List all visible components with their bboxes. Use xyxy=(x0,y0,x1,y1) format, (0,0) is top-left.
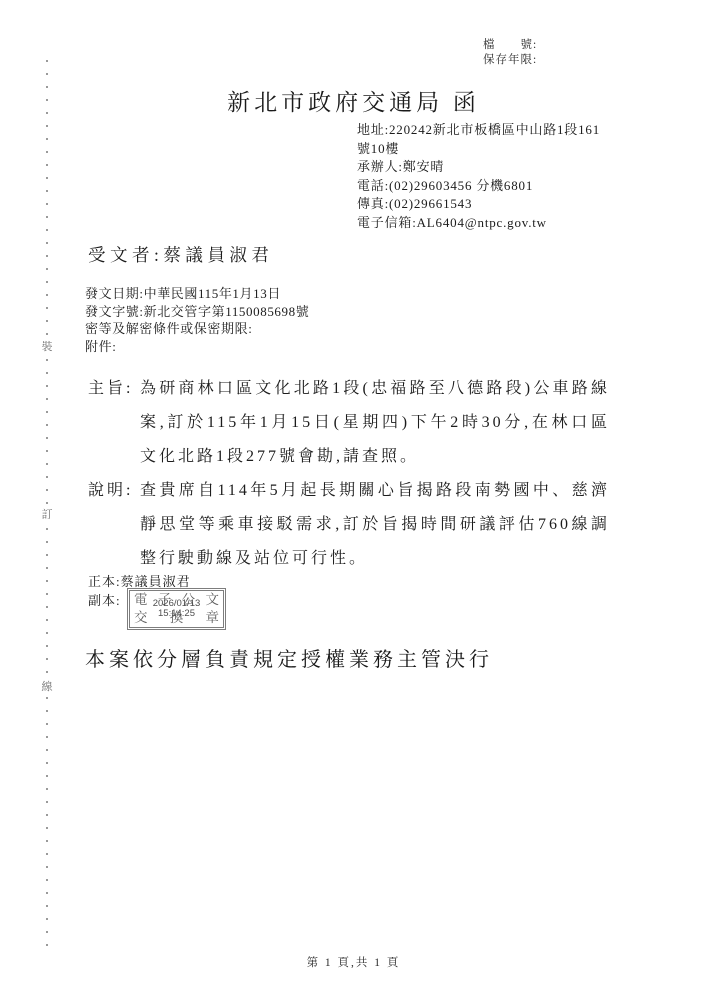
authorization-statement: 本案依分層負責規定授權業務主管決行 xyxy=(85,643,493,672)
binding-mark-xian: 線 xyxy=(38,680,56,694)
sender-contact-block: 地址:220242新北市板橋區中山路1段161 號10樓 承辦人:鄭安晴 電話:… xyxy=(357,121,600,232)
document-meta-block: 發文日期:中華民國115年1月13日 發文字號:新北交管字第1150085698… xyxy=(85,285,309,355)
binding-mark-ding: 訂 xyxy=(38,508,56,522)
subject-paragraph: 主旨: 為研商林口區文化北路1段(忠福路至八德路段)公車路線案,訂於115年1月… xyxy=(88,372,610,474)
subject-text: 為研商林口區文化北路1段(忠福路至八德路段)公車路線案,訂於115年1月15日(… xyxy=(140,372,610,474)
subject-label: 主旨: xyxy=(88,372,140,406)
sender-phone: 電話:(02)29603456 分機6801 xyxy=(357,177,600,196)
file-no-label: 檔 號: xyxy=(483,38,537,53)
stamp-datetime: 2026/01/13 15:14:25 xyxy=(130,591,223,627)
stamp-time: 15:14:25 xyxy=(158,609,195,619)
sender-fax: 傳真:(02)29661543 xyxy=(357,195,600,214)
binding-mark-zhuang: 裝 xyxy=(38,340,56,354)
attachment-line: 附件: xyxy=(85,338,309,356)
recipient-line: 受文者:蔡議員淑君 xyxy=(88,242,273,267)
sender-address-line1: 地址:220242新北市板橋區中山路1段161 xyxy=(357,121,600,140)
security-classification-line: 密等及解密條件或保密期限: xyxy=(85,320,309,338)
sender-email: 電子信箱:AL6404@ntpc.gov.tw xyxy=(357,214,600,233)
document-title: 新北市政府交通局 函 xyxy=(0,84,707,117)
retention-period-label: 保存年限: xyxy=(483,53,537,68)
binding-dotted-line xyxy=(46,60,48,950)
file-number-block: 檔 號: 保存年限: xyxy=(483,38,537,67)
issue-date-line: 發文日期:中華民國115年1月13日 xyxy=(85,285,309,303)
description-text: 查貴席自114年5月起長期關心旨揭路段南勢國中、慈濟靜思堂等乘車接駁需求,訂於旨… xyxy=(140,474,610,576)
sender-address-line2: 號10樓 xyxy=(357,140,600,159)
electronic-exchange-stamp: 電子公文 交換章 2026/01/13 15:14:25 xyxy=(127,588,226,630)
doc-number-line: 發文字號:新北交管字第1150085698號 xyxy=(85,303,309,321)
description-paragraph: 說明: 查貴席自114年5月起長期關心旨揭路段南勢國中、慈濟靜思堂等乘車接駁需求… xyxy=(88,474,610,576)
description-label: 說明: xyxy=(88,474,140,508)
page-number-footer: 第 1 頁,共 1 頁 xyxy=(0,954,707,970)
official-letter-page: 裝 訂 線 檔 號: 保存年限: 新北市政府交通局 函 地址:220242新北市… xyxy=(0,0,707,1000)
sender-contact-person: 承辦人:鄭安晴 xyxy=(357,158,600,177)
